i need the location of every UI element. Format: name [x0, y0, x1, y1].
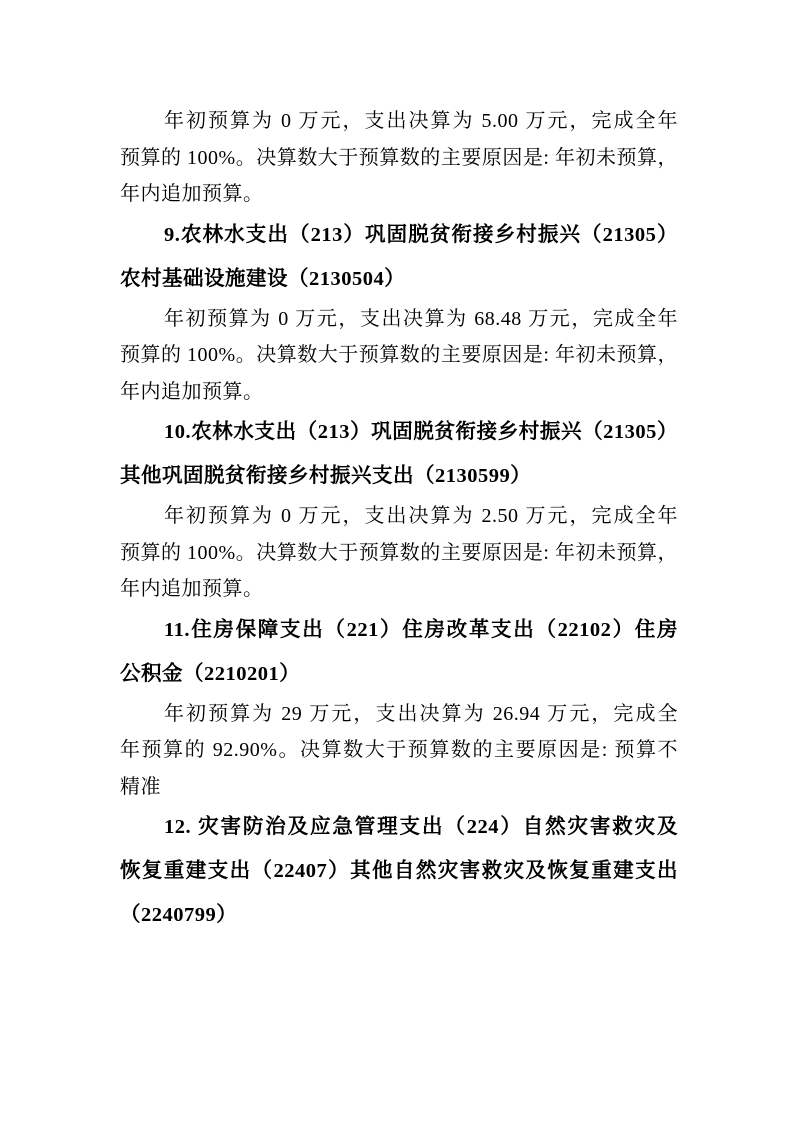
text-line: 其他巩固脱贫衔接乡村振兴支出（2130599） [120, 454, 678, 498]
section-heading: 9.农林水支出（213）巩固脱贫衔接乡村振兴（21305）农村基础设施建设（21… [120, 213, 678, 301]
section-heading: 11.住房保障支出（221）住房改革支出（22102）住房公积金（2210201… [120, 608, 678, 696]
text-line: 年内追加预算。 [120, 176, 678, 213]
paragraph: 年初预算为 0 万元，支出决算为 5.00 万元，完成全年预算的 100%。决算… [120, 103, 678, 213]
paragraph: 年初预算为 29 万元，支出决算为 26.94 万元，完成全年预算的 92.90… [120, 696, 678, 806]
section-heading: 10.农林水支出（213）巩固脱贫衔接乡村振兴（21305）其他巩固脱贫衔接乡村… [120, 410, 678, 498]
text-line: 年初预算为 0 万元，支出决算为 68.48 万元，完成全年 [120, 301, 678, 338]
text-line: 预算的 100%。决算数大于预算数的主要原因是: 年初未预算， [120, 337, 678, 374]
paragraph: 年初预算为 0 万元，支出决算为 2.50 万元，完成全年预算的 100%。决算… [120, 498, 678, 608]
paragraph: 年初预算为 0 万元，支出决算为 68.48 万元，完成全年预算的 100%。决… [120, 301, 678, 411]
document-content: 年初预算为 0 万元，支出决算为 5.00 万元，完成全年预算的 100%。决算… [120, 103, 678, 937]
text-line: 预算的 100%。决算数大于预算数的主要原因是: 年初未预算， [120, 140, 678, 177]
text-line: 年内追加预算。 [120, 571, 678, 608]
document-page: 年初预算为 0 万元，支出决算为 5.00 万元，完成全年预算的 100%。决算… [0, 0, 793, 1122]
text-line: 11.住房保障支出（221）住房改革支出（22102）住房 [120, 608, 678, 652]
text-line: 预算的 100%。决算数大于预算数的主要原因是: 年初未预算， [120, 535, 678, 572]
text-line: 年初预算为 0 万元，支出决算为 2.50 万元，完成全年 [120, 498, 678, 535]
text-line: 10.农林水支出（213）巩固脱贫衔接乡村振兴（21305） [120, 410, 678, 454]
text-line: 年初预算为 0 万元，支出决算为 5.00 万元，完成全年 [120, 103, 678, 140]
text-line: 12. 灾害防治及应急管理支出（224）自然灾害救灾及 [120, 805, 678, 849]
text-line: 年预算的 92.90%。决算数大于预算数的主要原因是: 预算不 [120, 732, 678, 769]
text-line: 精准 [120, 769, 678, 806]
text-line: （2240799） [120, 893, 678, 937]
text-line: 年内追加预算。 [120, 374, 678, 411]
text-line: 农村基础设施建设（2130504） [120, 257, 678, 301]
text-line: 恢复重建支出（22407）其他自然灾害救灾及恢复重建支出 [120, 849, 678, 893]
text-line: 公积金（2210201） [120, 652, 678, 696]
section-heading: 12. 灾害防治及应急管理支出（224）自然灾害救灾及恢复重建支出（22407）… [120, 805, 678, 937]
text-line: 年初预算为 29 万元，支出决算为 26.94 万元，完成全 [120, 696, 678, 733]
text-line: 9.农林水支出（213）巩固脱贫衔接乡村振兴（21305） [120, 213, 678, 257]
